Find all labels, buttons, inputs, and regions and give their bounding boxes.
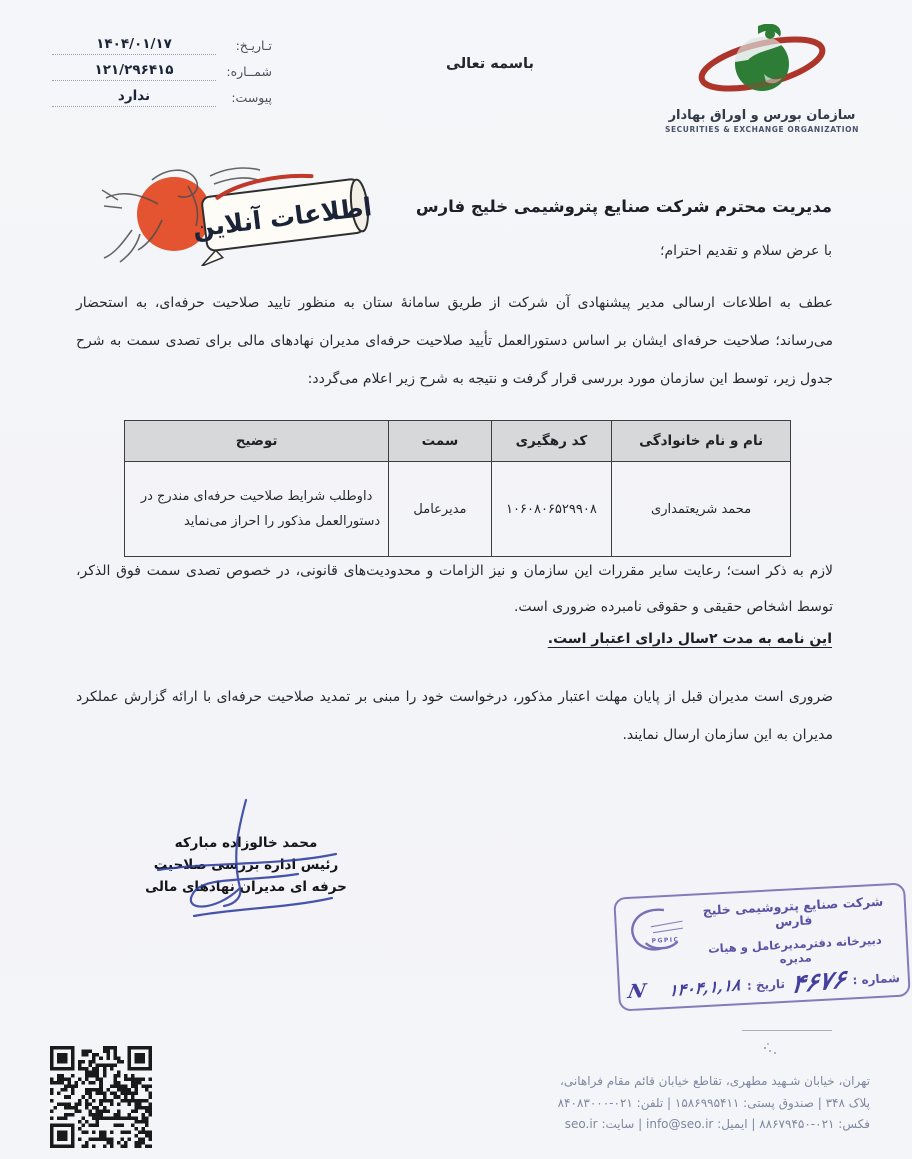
number-label: شمــاره: bbox=[216, 64, 272, 81]
stamp-date-handwritten: ۱۴۰۴,۱,۱۸ bbox=[668, 975, 741, 1000]
footer-contact-block: تهران، خیابان شـهید مطهری، تقاطع خیابان … bbox=[440, 1071, 870, 1136]
qualification-table-wrap: نام و نام خانوادگی کد رهگیری سمت توضیح م… bbox=[124, 420, 791, 557]
body-paragraph-1: عطف به اطلاعات ارسالی مدیر پیشنهادی آن ش… bbox=[76, 284, 833, 398]
footer-address-line: تهران، خیابان شـهید مطهری، تقاطع خیابان … bbox=[440, 1071, 870, 1093]
date-label: تـاریـخ: bbox=[216, 38, 272, 55]
qr-code bbox=[50, 1046, 152, 1148]
qualification-table: نام و نام خانوادگی کد رهگیری سمت توضیح م… bbox=[124, 420, 791, 557]
org-name-english: SECURITIES & EXCHANGE ORGANIZATION bbox=[642, 125, 882, 134]
meta-date-row: تـاریـخ: ۱۴۰۴/۰۱/۱۷ bbox=[52, 36, 272, 55]
body-paragraph-2: لازم به ذکر است؛ رعایت سایر مقررات این س… bbox=[76, 553, 833, 625]
scanned-letter-page: تـاریـخ: ۱۴۰۴/۰۱/۱۷ شمــاره: ۱۲۱/۲۹۶۴۱۵ … bbox=[0, 0, 912, 1159]
body-paragraph-3: ضروری است مدیران قبل از پایان مهلت اعتبا… bbox=[76, 678, 833, 754]
attachment-label: پیوست: bbox=[216, 90, 272, 107]
stamp-logo-caption: PGPIC bbox=[651, 936, 679, 944]
cell-position: مدیرعامل bbox=[389, 462, 491, 557]
cell-fullname: محمد شریعتمداری bbox=[612, 462, 791, 557]
table-header-row: نام و نام خانوادگی کد رهگیری سمت توضیح bbox=[125, 421, 791, 462]
signatory-title-line1: رئیس اداره بررسی صلاحیت bbox=[108, 854, 384, 876]
col-header-fullname: نام و نام خانوادگی bbox=[612, 421, 791, 462]
stamp-company-logo-icon: PGPIC bbox=[624, 903, 693, 958]
letter-meta-block: تـاریـخ: ۱۴۰۴/۰۱/۱۷ شمــاره: ۱۲۱/۲۹۶۴۱۵ … bbox=[52, 36, 272, 114]
bismillah-text: باسمه تعالی bbox=[400, 56, 580, 72]
signatory-name: محمد خالوزاده مبارکه bbox=[108, 832, 384, 854]
date-value: ۱۴۰۴/۰۱/۱۷ bbox=[52, 36, 216, 55]
cell-tracking-code: ۱۰۶۰۸۰۶۵۲۹۹۰۸ bbox=[491, 462, 612, 557]
stamp-side-mark: N bbox=[626, 980, 648, 1003]
footer-email-line: فکس: ۰۲۱-۸۸۶۷۹۴۵۰ | ایمیل: info@seo.ir |… bbox=[440, 1114, 870, 1136]
pen-mark bbox=[764, 1047, 766, 1049]
attachment-value: ندارد bbox=[52, 88, 216, 107]
footer-phone-line: پلاک ۳۴۸ | صندوق پستی: ۱۵۸۶۹۹۵۴۱۱ | تلفن… bbox=[440, 1093, 870, 1115]
validity-statement: این نامه به مدت ۲سال دارای اعتبار است. bbox=[548, 631, 832, 647]
stamp-company-name: شرکت صنایع پتروشیمی خلیج فارس bbox=[690, 893, 897, 934]
stamp-number-handwritten: ۴۶۷۶ bbox=[790, 964, 847, 999]
cell-description: داوطلب شرایط صلاحیت حرفه‌ای مندرج در دست… bbox=[125, 462, 389, 557]
col-header-position: سمت bbox=[389, 421, 491, 462]
seo-logo-block: سازمان بورس و اوراق بهادار SECURITIES & … bbox=[642, 24, 882, 134]
seo-logo-icon bbox=[667, 24, 857, 106]
number-value: ۱۲۱/۲۹۶۴۱۵ bbox=[52, 62, 216, 81]
stamp-date-label: تاریخ : bbox=[747, 976, 786, 992]
meta-attachment-row: پیوست: ندارد bbox=[52, 88, 272, 107]
meta-number-row: شمــاره: ۱۲۱/۲۹۶۴۱۵ bbox=[52, 62, 272, 81]
col-header-description: توضیح bbox=[125, 421, 389, 462]
table-row: محمد شریعتمداری ۱۰۶۰۸۰۶۵۲۹۹۰۸ مدیرعامل د… bbox=[125, 462, 791, 557]
receive-stamp: شرکت صنایع پتروشیمی خلیج فارس دبیرخانه د… bbox=[613, 882, 911, 1011]
signature-block: محمد خالوزاده مبارکه رئیس اداره بررسی صل… bbox=[108, 832, 384, 898]
stamp-number-label: شماره : bbox=[852, 970, 900, 986]
footer-separator-line bbox=[742, 1030, 832, 1031]
signatory-title-line2: حرفه ای مدیران نهادهای مالی bbox=[108, 876, 384, 898]
col-header-tracking-code: کد رهگیری bbox=[491, 421, 612, 462]
org-name-farsi: سازمان بورس و اوراق بهادار bbox=[642, 108, 882, 123]
addressee-line: مدیریت محترم شرکت صنایع پتروشیمی خلیج فا… bbox=[80, 197, 832, 216]
salutation-line: با عرض سلام و تقدیم احترام؛ bbox=[660, 243, 832, 259]
